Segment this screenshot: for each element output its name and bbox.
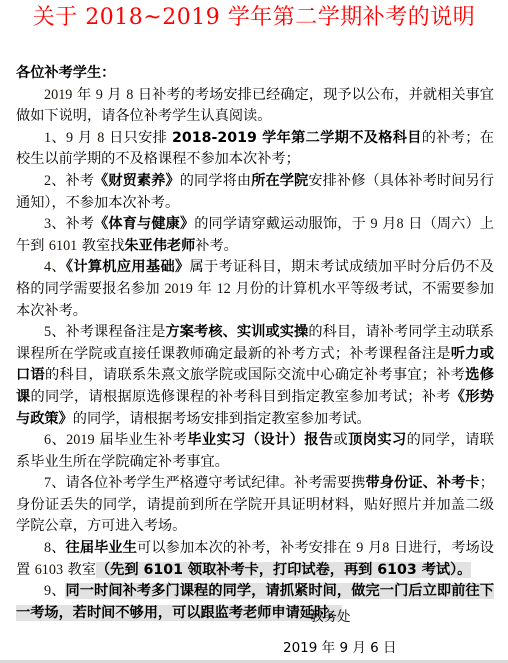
text-run: 2019 [164, 281, 192, 297]
greeting: 各位补考学生： [16, 63, 494, 85]
item-2: 2、补考《财贸素养》的同学将由所在学院安排补修（具体补考时间另行通知），不参加本… [16, 171, 494, 214]
text-run: 教室找 [77, 238, 124, 254]
text-run: 、 [51, 259, 66, 275]
text-run: 、 [51, 130, 66, 146]
bold-text-run: 《计算机应用基础》 [66, 259, 190, 275]
text-run: 、 [51, 540, 65, 556]
bold-text-run: 顶岗实习 [348, 432, 407, 448]
text-run: 或 [334, 432, 349, 448]
item-8: 8、往届毕业生可以参加本次的补考，补考安排在 9 月8 日进行，考场设置 610… [16, 538, 494, 581]
item-5: 5、补考课程备注是方案考核、实训或实操的科目，请补考同学主动联系课程所在学院或直… [16, 322, 494, 430]
text-run: 6103 [35, 562, 63, 578]
bold-text-run: 所在学院 [251, 173, 308, 189]
text-run: 教室 [63, 562, 96, 578]
text-run: 的同学，请根据原选修课程的补考科目到指定教室参加考试；补考 [31, 389, 451, 405]
item-9: 9、同一时间补考多门课程的同学，请抓紧时间，做完一门后立即前往下一考场，若时间不… [16, 581, 494, 624]
item-6: 6、2019 届毕业生补考毕业实习（设计）报告或顶岗实习的同学，请联系毕业生所在… [16, 430, 494, 473]
intro-paragraph: 2019 年 9 月 8 日补考的考场安排已经确定，现予以公布，并就相关事宜做如… [16, 85, 494, 128]
text-run: 8 [397, 216, 404, 232]
text-run: 可以参加本次的补考，补考安排在 [137, 540, 356, 556]
bold-text-run: 朱亚伟老师 [124, 238, 195, 254]
text-run: 、补考 [51, 173, 94, 189]
item-1: 1、9 月 8 日只安排 2018-2019 学年第二学期不及格科目的补考；在校… [16, 128, 494, 171]
bold-text-run: 往届毕业生 [66, 540, 138, 556]
text-run: 的同学请穿戴运动服饰，于 [194, 216, 370, 232]
text-run: 9 [66, 130, 73, 146]
bold-text-run: 毕业实习（设计）报告 [187, 432, 333, 448]
text-run: 、补考 [51, 216, 94, 232]
text-run: 的同学将由 [180, 173, 251, 189]
text-run: 、请各位补考学生严格遵守考试纪律。补考需要携 [51, 475, 365, 491]
notice-document: 关于 2018~2019 学年第二学期补考的说明 各位补考学生： 2019 年 … [0, 0, 508, 663]
document-title: 关于 2018~2019 学年第二学期补考的说明 [0, 4, 508, 32]
document-body: 各位补考学生： 2019 年 9 月 8 日补考的考场安排已经确定，现予以公布，… [16, 63, 494, 624]
text-run: 9 [371, 216, 378, 232]
text-run: 、补考课程备注是 [51, 324, 165, 340]
bold-text-run: 同一时间补考多门课程的同学，请抓紧时间，做完一门后立即前往下一考场，若时间不够用… [16, 583, 494, 621]
item-4: 4、《计算机应用基础》属于考证科目，期末考试成绩加平时分后仍不及格的同学需要报名… [16, 257, 494, 322]
signature-office: 教务处 [310, 605, 351, 625]
bold-text-run: 2018-2019 学年第二学期不及格科目 [172, 130, 422, 146]
bold-text-run: 《财贸素养》 [94, 173, 180, 189]
text-run: 2019 [44, 87, 72, 103]
text-run: 年 [72, 87, 95, 103]
text-run: 、 [51, 583, 65, 599]
text-run: 6101 [49, 238, 77, 254]
item-7: 7、请各位补考学生严格遵守考试纪律。补考需要携带身份证、补考卡；身份证丢失的同学… [16, 473, 494, 538]
text-run: 补考。 [195, 238, 238, 254]
bold-text-run: （先到 6101 领取补考卡，打印试卷，再到 6103 考试）。 [96, 562, 471, 578]
bold-text-run: 《体育与健康》 [94, 216, 194, 232]
bold-text-run: 方案考核、实训或实操 [165, 324, 308, 340]
text-run: 月 [378, 216, 397, 232]
text-run: 2019 [66, 432, 94, 448]
text-run: 日只安排 [104, 130, 172, 146]
text-run: 的科目，请联系朱熹文旅学院或国际交流中心确定补考事宜；补考 [45, 367, 465, 383]
text-run: 的同学，请根据考场安排到指定教室参加考试。 [73, 411, 371, 427]
bold-text-run: 带身份证、补考卡 [365, 475, 479, 491]
text-run: 月 [73, 130, 97, 146]
text-run: 月 [103, 87, 126, 103]
signature-date: 2019 年 9 月 6 日 [283, 636, 397, 656]
text-run: 12 [217, 281, 231, 297]
text-run: 年 [193, 281, 217, 297]
text-run: 9 [96, 87, 103, 103]
text-run: 届毕业生补考 [95, 432, 188, 448]
item-3: 3、补考《体育与健康》的同学请穿戴运动服饰，于 9 月8 日（周六）上午到 61… [16, 214, 494, 257]
text-run: 月 [363, 540, 382, 556]
text-run: 、 [51, 432, 66, 448]
